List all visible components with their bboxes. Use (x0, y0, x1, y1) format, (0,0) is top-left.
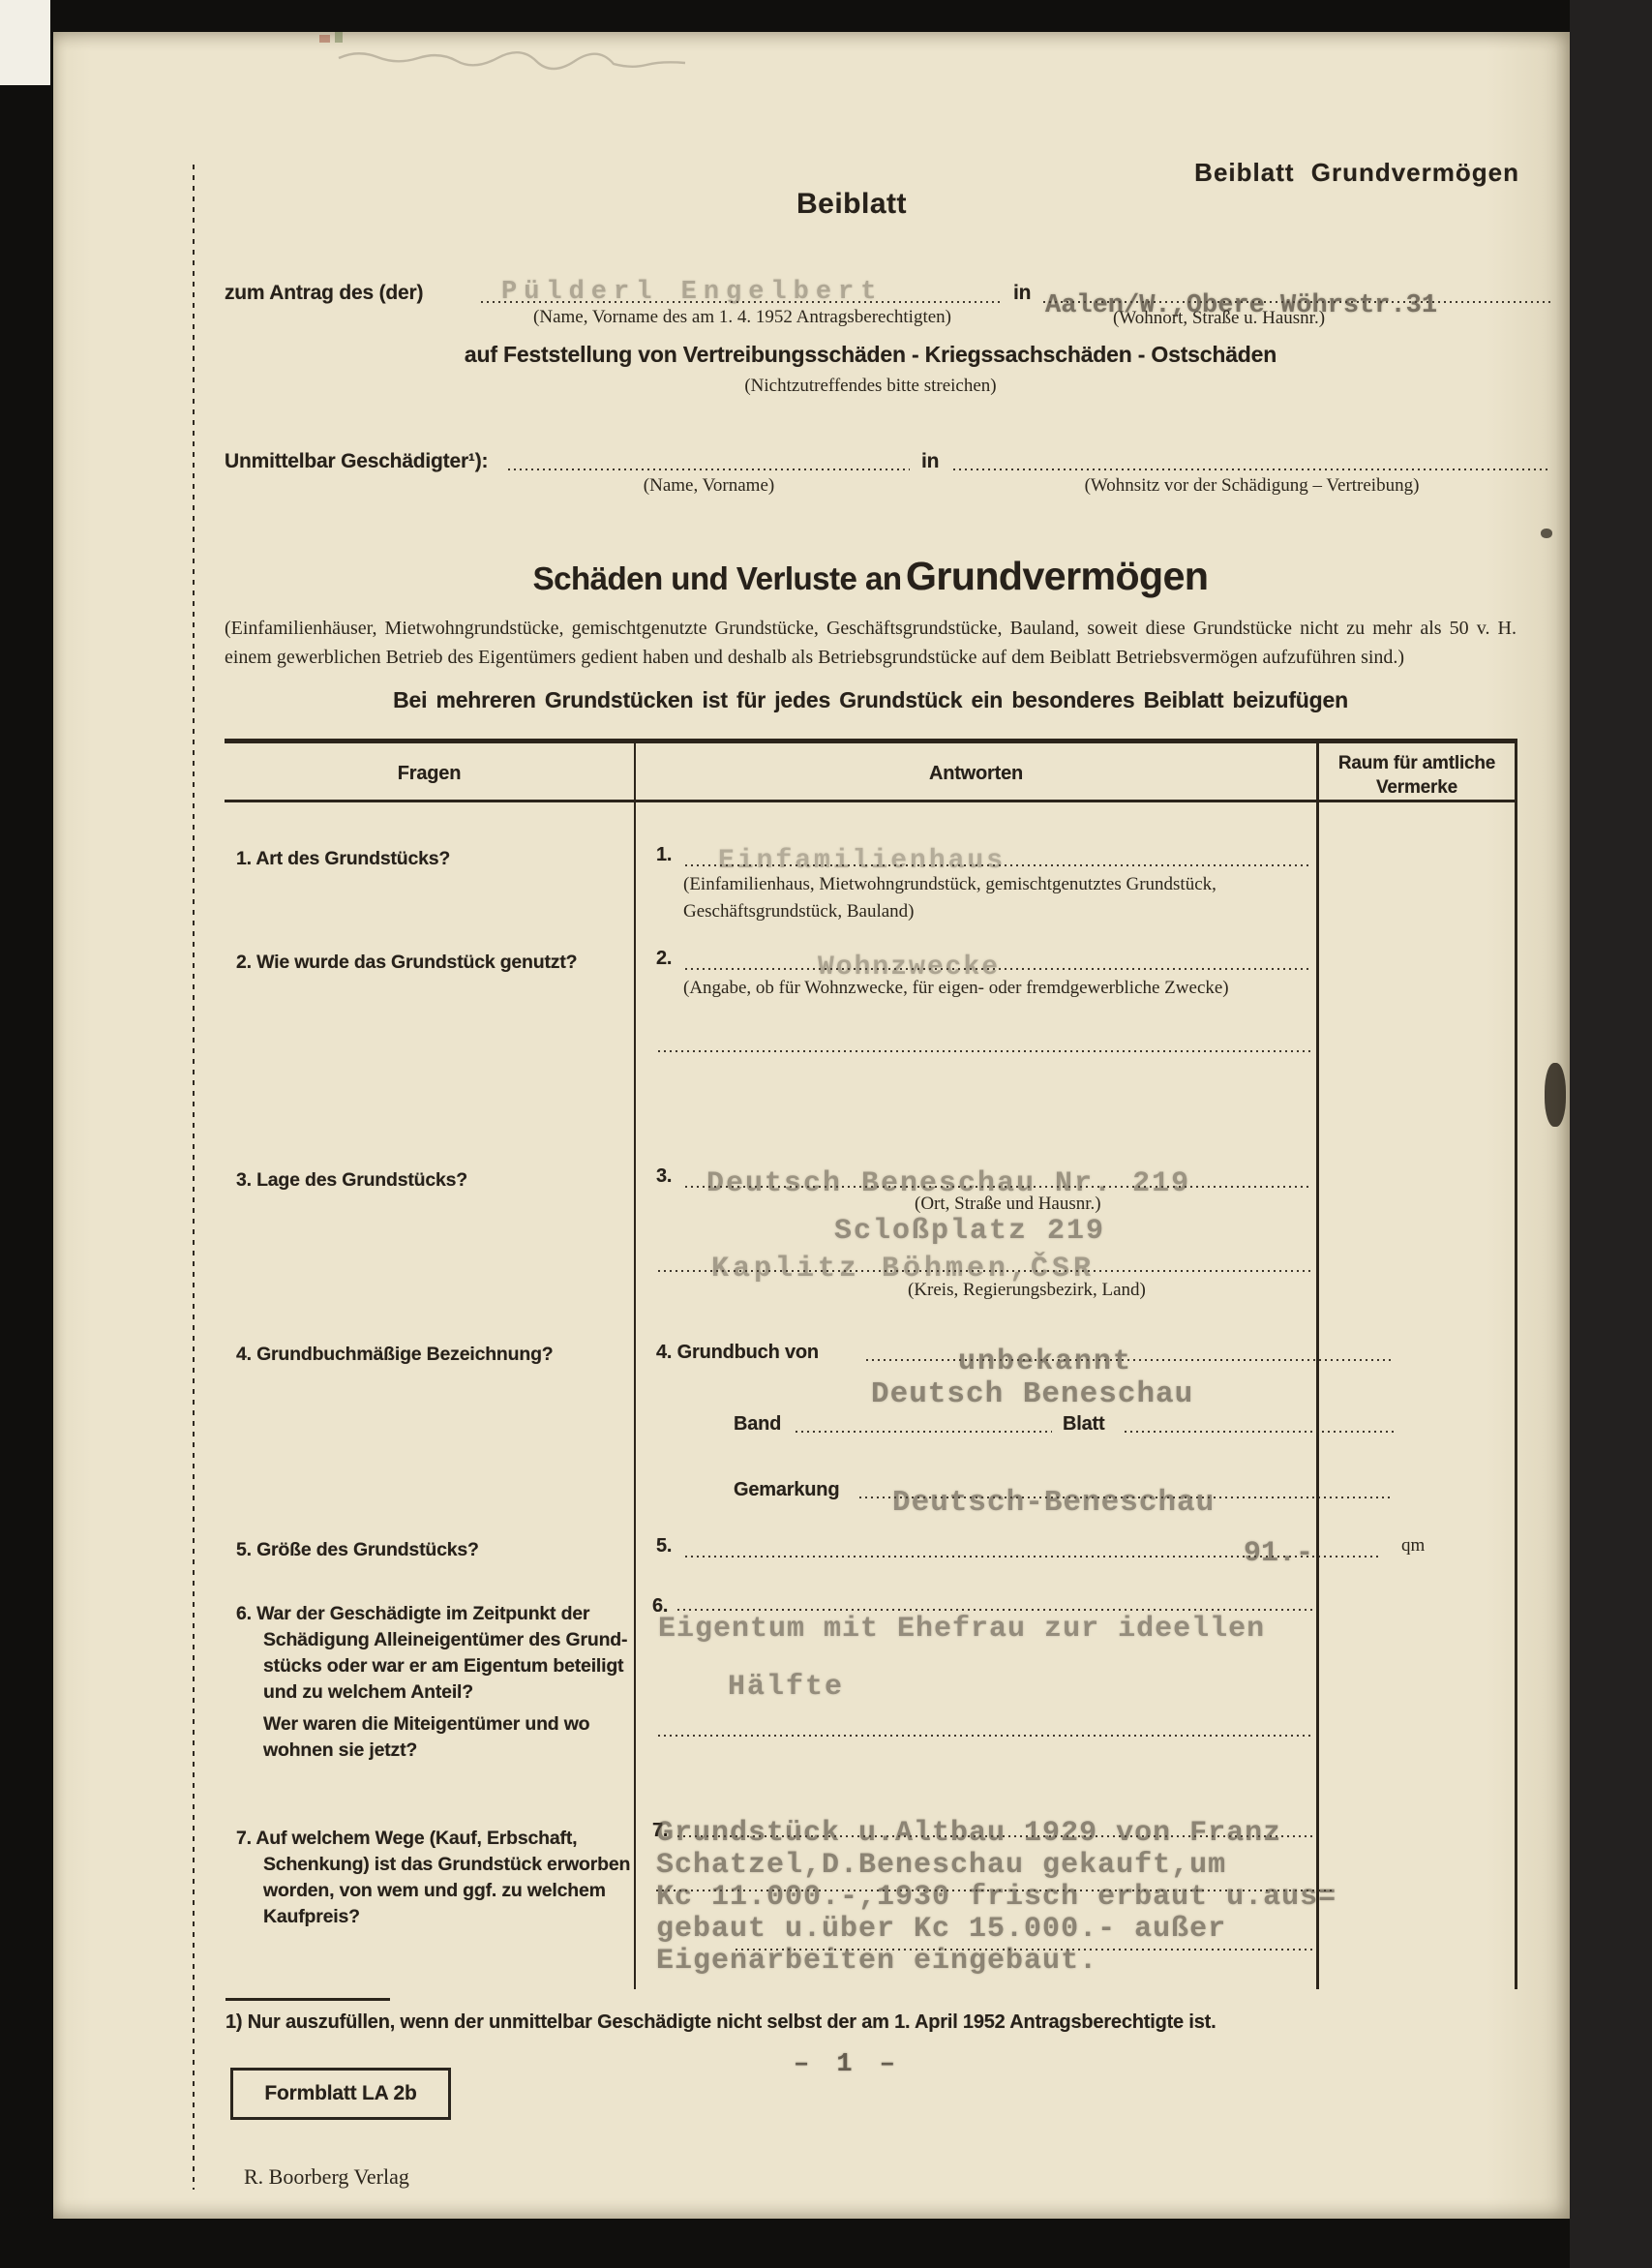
answer-7-typed-line5: Eigenarbeiten eingebaut. (656, 1945, 1097, 1978)
publisher-imprint: R. Boorberg Verlag (244, 2164, 409, 2190)
answer-1-hint-line1: (Einfamilienhaus, Mietwohngrundstück, ge… (683, 874, 1216, 895)
dotted-line-answer-4-band (796, 1431, 1052, 1433)
answer-4-typed3: Deutsch-Beneschau (892, 1486, 1215, 1520)
answer-3-hint2: (Kreis, Regierungsbezirk, Land) (908, 1280, 1146, 1301)
form-id-box: Formblatt LA 2b (230, 2068, 451, 2120)
answer-6-typed1: Eigentum mit Ehefrau zur ideellen (658, 1613, 1265, 1646)
answer-5-unit: qm (1401, 1535, 1425, 1557)
answer-4-typed2: Deutsch Beneschau (871, 1377, 1193, 1411)
answer-5-typed: 91.- (1244, 1537, 1313, 1570)
column-header-vermerke-line2: Vermerke (1319, 775, 1515, 800)
victim-name-hint: (Name, Vorname) (508, 475, 910, 497)
pencil-scribble (290, 39, 794, 72)
question-7-line2: Schenkung) ist das Grundstück erworben (263, 1854, 630, 1876)
statement-note: (Nichtzutreffendes bitte streichen) (225, 376, 1517, 397)
answer-2-number: 2. (656, 948, 672, 970)
question-1: 1. Art des Grundstücks? (236, 848, 450, 870)
section-paragraph: (Einfamilienhäuser, Mietwohngrundstücke,… (225, 614, 1517, 672)
form-id-label: Formblatt LA 2b (233, 2071, 448, 2117)
answer-1-number: 1. (656, 844, 672, 866)
answer-3-number: 3. (656, 1165, 672, 1188)
dotted-line-answer-6b (658, 1735, 1312, 1737)
question-3: 3. Lage des Grundstücks? (236, 1169, 467, 1192)
question-7-line3: worden, von wem und ggf. zu welchem (263, 1880, 606, 1902)
answer-4-band-label: Band (734, 1413, 781, 1436)
question-6-line6: wohnen sie jetzt? (263, 1739, 417, 1762)
section-title-prefix: Schäden und Verluste an (533, 560, 902, 596)
column-header-vermerke: Raum für amtliche Vermerke (1319, 751, 1515, 800)
dotted-line-victim-place (953, 469, 1550, 470)
victim-place-hint: (Wohnsitz vor der Schädigung – Vertreibu… (953, 475, 1550, 497)
table-divider-1 (634, 739, 636, 1989)
section-instruction: Bei mehreren Grundstücken ist für jedes … (225, 687, 1517, 713)
victim-in-label: in (921, 450, 939, 473)
answer-4-typed1: unbekannt (958, 1346, 1132, 1378)
section-title: Schäden und Verluste an Grundvermögen (225, 554, 1517, 599)
applicant-label: zum Antrag des (der) (225, 282, 423, 305)
dotted-line-answer-6a (677, 1609, 1312, 1611)
answer-3-typed-line2: Scloßplatz 219 (834, 1215, 1105, 1248)
page-number: – 1 – (794, 2050, 901, 2079)
question-5: 5. Größe des Grundstücks? (236, 1539, 479, 1561)
question-7-line4: Kaufpreis? (263, 1906, 360, 1928)
scanned-form-page: Beiblatt Grundvermögen Beiblatt zum Antr… (0, 0, 1652, 2268)
question-4: 4. Grundbuchmäßige Bezeichnung? (236, 1344, 554, 1366)
answer-7-typed-line3: Kc 11.000.-,1930 frisch erbaut u.aus= (656, 1881, 1337, 1914)
dotted-line-answer-4-blatt (1125, 1431, 1394, 1433)
fold-line (193, 165, 195, 2190)
answer-3-hint1: (Ort, Straße und Hausnr.) (915, 1194, 1101, 1215)
ink-blot (1545, 1063, 1566, 1127)
ink-speck (1541, 529, 1552, 538)
dotted-line-victim-name (508, 469, 910, 470)
answer-4-label: 4. Grundbuch von (656, 1342, 819, 1364)
answer-6-typed2: Hälfte (728, 1671, 844, 1704)
dotted-line-answer-2b (658, 1050, 1312, 1052)
answer-2-hint: (Angabe, ob für Wohnzwecke, für eigen- o… (683, 978, 1229, 999)
page-title: Beiblatt (581, 188, 1123, 221)
answer-4-gemarkung-label: Gemarkung (734, 1479, 839, 1501)
footnote-text: 1) Nur auszufüllen, wenn der unmittelbar… (225, 2011, 1216, 2034)
answer-7-typed-line1: Grundstück u.Altbau 1929 von Franz (656, 1817, 1281, 1850)
answer-4-blatt-label: Blatt (1063, 1413, 1104, 1436)
table-divider-2 (1316, 739, 1319, 1989)
answer-1-hint-line2: Geschäftsgrundstück, Bauland) (683, 901, 915, 922)
question-2: 2. Wie wurde das Grundstück genutzt? (236, 952, 577, 974)
statement-line: auf Feststellung von Vertreibungsschäden… (225, 342, 1517, 368)
table-top-border (225, 739, 1517, 743)
applicant-name-hint: (Name, Vorname des am 1. 4. 1952 Antrags… (481, 307, 1004, 328)
question-6-line1: 6. War der Geschädigte im Zeitpunkt der (236, 1603, 589, 1625)
scan-corner-artifact (0, 0, 50, 85)
footnote-rule (225, 1998, 390, 2001)
corner-label: Beiblatt Grundvermögen (1016, 158, 1519, 188)
question-7-line1: 7. Auf welchem Wege (Kauf, Erbschaft, (236, 1828, 577, 1850)
applicant-in-label: in (1013, 282, 1031, 305)
column-header-fragen: Fragen (225, 763, 634, 785)
table-right-border (1515, 739, 1517, 1989)
scan-background-right (1570, 0, 1652, 2268)
scan-mark-red (319, 35, 330, 43)
answer-7-typed-line4: gebaut u.über Kc 15.000.- außer (656, 1913, 1226, 1946)
question-6-line3: stücks oder war er am Eigentum beteiligt (263, 1655, 623, 1678)
scan-mark-green (335, 32, 343, 43)
question-6-line2: Schädigung Alleineigentümer des Grund- (263, 1629, 627, 1651)
victim-label: Unmittelbar Geschädigter¹): (225, 450, 488, 473)
column-header-vermerke-line1: Raum für amtliche (1319, 751, 1515, 775)
question-6-line5: Wer waren die Miteigentümer und wo (263, 1713, 589, 1736)
table-header-underline (225, 800, 1517, 802)
section-title-emphasis: Grundvermögen (906, 554, 1208, 598)
answer-5-number: 5. (656, 1535, 672, 1557)
answer-7-typed-line2: Schatzel,D.Beneschau gekauft,um (656, 1849, 1226, 1882)
answer-1-typed: Einfamilienhaus (718, 846, 1006, 876)
applicant-typed-name: Pülderl Engelbert (501, 278, 883, 307)
question-6-line4: und zu welchem Anteil? (263, 1681, 473, 1704)
column-header-antworten: Antworten (636, 763, 1316, 785)
applicant-place-hint: (Wohnort, Straße u. Hausnr.) (1113, 308, 1325, 329)
